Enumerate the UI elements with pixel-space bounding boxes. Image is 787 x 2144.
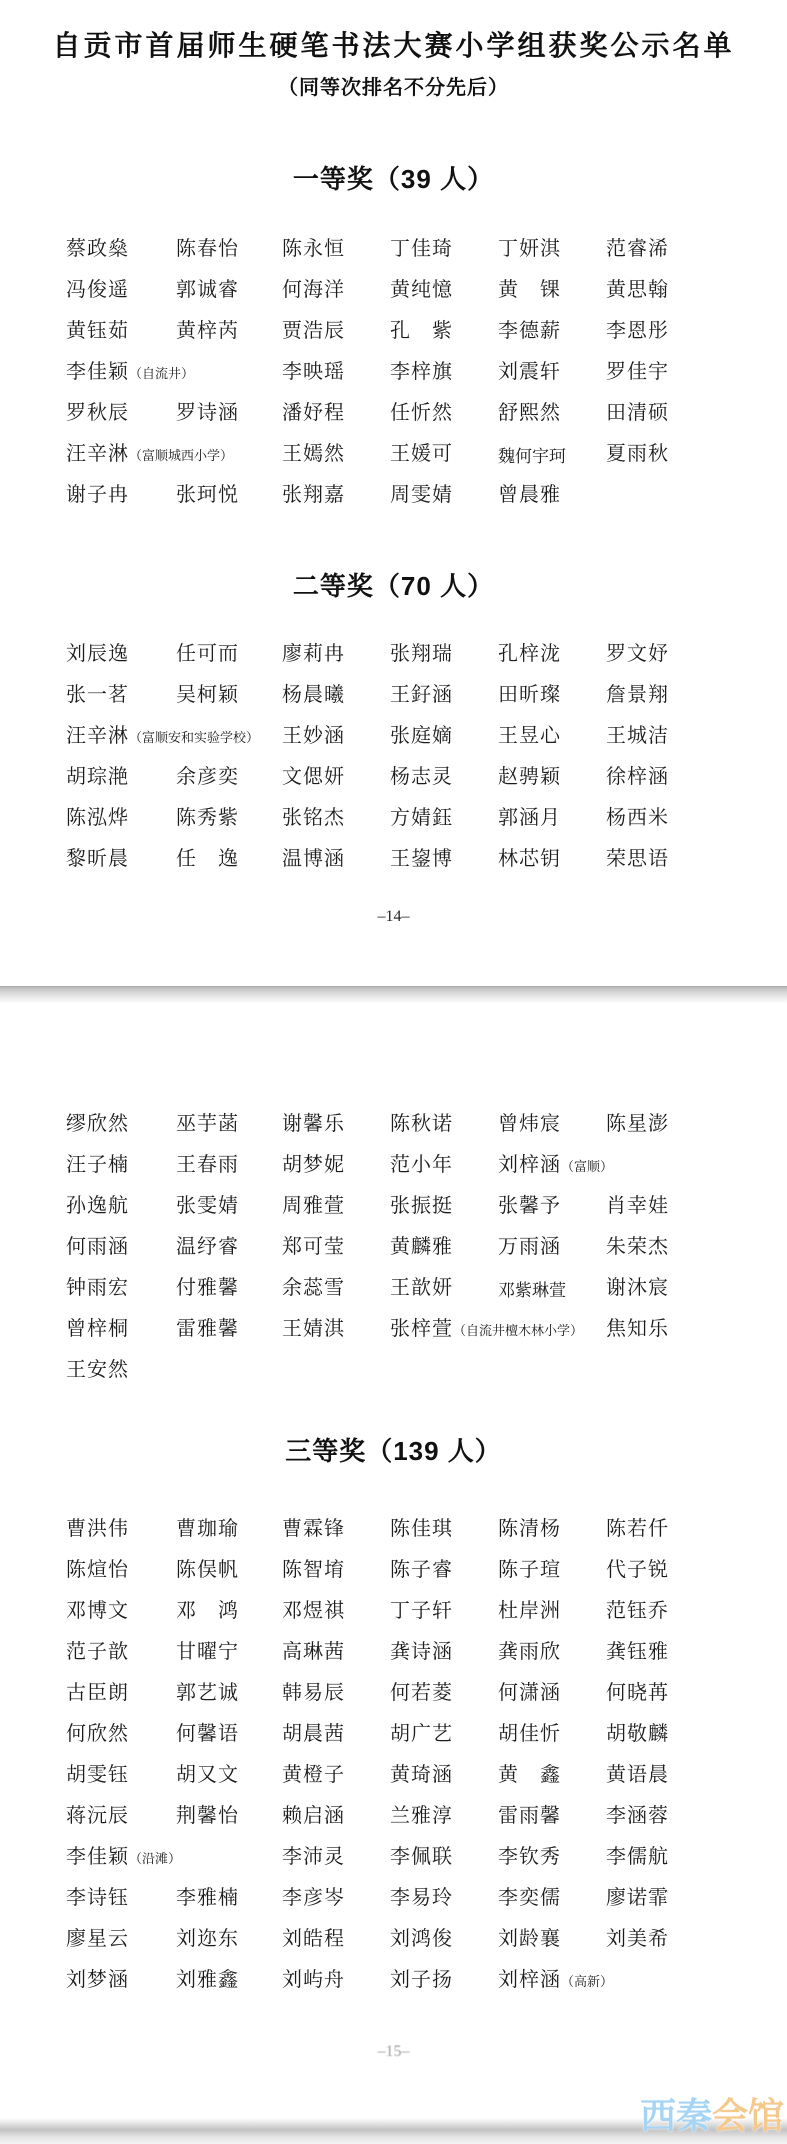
awardee-name: 夏雨秋 [606,441,669,467]
awardee-name: 黄钰茹 [66,318,129,344]
section-heading-third-prize: 三等奖（139 人） [0,1434,787,1468]
section-heading-second-prize: 二等奖（70 人） [0,569,787,603]
awardee-name: 王婧淇 [282,1316,345,1342]
awardee-name: 刘迩东 [176,1926,239,1952]
awardee-name: 陈清杨 [498,1516,561,1542]
awardee-name: 付雅馨 [176,1275,239,1301]
awardee-name: 李钦秀 [498,1844,561,1870]
page-1: 自贡市首届师生硬笔书法大赛小学组获奖公示名单 （同等次排名不分先后） 一等奖（3… [0,0,787,986]
awardee-name: 黄 锞 [498,277,561,303]
awardee-name: 李佳颖（沿滩） [66,1844,181,1872]
school-annotation: （富顺安和实验学校） [129,730,259,745]
awardee-name: 王安然 [66,1357,129,1383]
awardee-name: 何馨语 [176,1721,239,1747]
awardee-name: 郭诚睿 [176,277,239,303]
awardee-name: 黄语晨 [606,1762,669,1788]
awardee-name: 曹洪伟 [66,1516,129,1542]
awardee-name: 李诗钰 [66,1885,129,1911]
awardee-name: 李易玲 [390,1885,453,1911]
name-row: 胡琮滟余彦奕文偲妍杨志灵赵骋颖徐梓涵 [0,760,787,801]
awardee-name: 胡佳忻 [498,1721,561,1747]
awardee-name: 汪子楠 [66,1152,129,1178]
awardee-name: 陈秀紫 [176,805,239,831]
awardee-name: 陈俣帆 [176,1557,239,1583]
awardee-name: 谢馨乐 [282,1111,345,1137]
awardee-name: 肖幸娃 [606,1193,669,1219]
awardee-name: 范小年 [390,1152,453,1178]
awardee-name: 陈佳琪 [390,1516,453,1542]
awardee-name: 刘龄襄 [498,1926,561,1952]
awardee-name: 周雅萱 [282,1193,345,1219]
awardee-name: 张雯婧 [176,1193,239,1219]
school-annotation: （沿滩） [129,1851,181,1866]
second-prize-name-list-part1: 刘辰逸任可而廖莉冉张翔瑞孔梓泷罗文妤张一茗吴柯颖杨晨曦王釨涵田昕璨詹景翔汪辛淋（… [0,637,787,883]
awardee-name: 张庭嫡 [390,723,453,749]
awardee-name: 范子歆 [66,1639,129,1665]
awardee-name: 吴柯颖 [176,682,239,708]
awardee-name: 汪辛淋（富顺安和实验学校） [66,723,259,751]
page-number-15: –15– [0,2042,787,2062]
awardee-name: 李映瑶 [282,359,345,385]
name-row: 汪辛淋（富顺安和实验学校）王妙涵张庭嫡王昱心王城洁 [0,719,787,760]
awardee-name: 罗佳宇 [606,359,669,385]
awardee-name: 黄梓芮 [176,318,239,344]
awardee-name: 张铭杰 [282,805,345,831]
name-row: 缪欣然巫芋菡谢馨乐陈秋诺曾炜宸陈星澎 [0,1107,787,1148]
awardee-name: 刘震轩 [498,359,561,385]
awardee-name: 赵骋颖 [498,764,561,790]
awardee-name: 陈若仟 [606,1516,669,1542]
awardee-name: 廖诺霏 [606,1885,669,1911]
awardee-name: 代子锐 [606,1557,669,1583]
awardee-name: 刘鸿俊 [390,1926,453,1952]
awardee-name: 贾浩辰 [282,318,345,344]
awardee-name: 陈秋诺 [390,1111,453,1137]
name-row: 何欣然何馨语胡晨茜胡广艺胡佳忻胡敬麟 [0,1717,787,1758]
awardee-name: 刘辰逸 [66,641,129,667]
awardee-name: 胡琮滟 [66,764,129,790]
name-row: 陈煊怡陈俣帆陈智堉陈子睿陈子瑄代子锐 [0,1553,787,1594]
awardee-name: 邓紫琳萱 [498,1278,566,1304]
awardee-name: 巫芋菡 [176,1111,239,1137]
school-annotation: （高新） [561,1974,613,1989]
name-row: 廖星云刘迩东刘皓程刘鸿俊刘龄襄刘美希 [0,1922,787,1963]
awardee-name: 郭艺诚 [176,1680,239,1706]
page-number-14: –14– [0,907,787,927]
awardee-name: 余彦奕 [176,764,239,790]
name-row: 黄钰茹黄梓芮贾浩辰孔 紫李德薪李恩彤 [0,314,787,355]
awardee-name: 胡广艺 [390,1721,453,1747]
awardee-name: 王釨涵 [390,682,453,708]
name-row: 王安然 [0,1353,787,1394]
awardee-name: 李恩彤 [606,318,669,344]
awardee-name: 周雯婧 [390,482,453,508]
awardee-name: 陈子睿 [390,1557,453,1583]
awardee-name: 荣思语 [606,846,669,872]
awardee-name: 刘美希 [606,1926,669,1952]
awardee-name: 陈智堉 [282,1557,345,1583]
awardee-name: 李梓旗 [390,359,453,385]
awardee-name: 廖星云 [66,1926,129,1952]
name-row: 刘梦涵刘雅鑫刘屿舟刘子扬刘梓涵（高新） [0,1963,787,2004]
awardee-name: 罗秋辰 [66,400,129,426]
awardee-name: 张梓萱（自流井檀木林小学） [390,1316,583,1344]
awardee-name: 王歆妍 [390,1275,453,1301]
awardee-name: 李佳颖（自流井） [66,359,194,387]
awardee-name: 何欣然 [66,1721,129,1747]
awardee-name: 王昱心 [498,723,561,749]
first-prize-name-list: 蔡政燊陈春怡陈永恒丁佳琦丁妍淇范睿浠冯俊遥郭诚睿何海洋黄纯憶黄 锞黄思翰黄钰茹黄… [0,232,787,519]
awardee-name: 缪欣然 [66,1111,129,1137]
awardee-name: 刘梦涵 [66,1967,129,1993]
awardee-name: 王妙涵 [282,723,345,749]
awardee-name: 舒熙然 [498,400,561,426]
awardee-name: 雷雨馨 [498,1803,561,1829]
name-row: 蔡政燊陈春怡陈永恒丁佳琦丁妍淇范睿浠 [0,232,787,273]
awardee-name: 曾炜宸 [498,1111,561,1137]
name-row: 孙逸航张雯婧周雅萱张振挺张馨予肖幸娃 [0,1189,787,1230]
awardee-name: 何晓苒 [606,1680,669,1706]
awardee-name: 龚诗涵 [390,1639,453,1665]
awardee-name: 何雨涵 [66,1234,129,1260]
awardee-name: 温纾睿 [176,1234,239,1260]
name-row: 陈泓烨陈秀紫张铭杰方婧鈺郭涵月杨西米 [0,801,787,842]
watermark: 西秦会馆 [640,2096,784,2136]
awardee-name: 钟雨宏 [66,1275,129,1301]
school-annotation: （自流井） [129,366,194,381]
awardee-name: 范钰乔 [606,1598,669,1624]
awardee-name: 王嫣然 [282,441,345,467]
awardee-name: 方婧鈺 [390,805,453,831]
third-prize-name-list: 曹洪伟曹珈瑜曹霖锋陈佳琪陈清杨陈若仟陈煊怡陈俣帆陈智堉陈子睿陈子瑄代子锐邓博文邓… [0,1512,787,2004]
awardee-name: 何潇涵 [498,1680,561,1706]
awardee-name: 文偲妍 [282,764,345,790]
awardee-name: 王鋆博 [390,846,453,872]
awardee-name: 魏何宇珂 [498,444,566,470]
name-row: 钟雨宏付雅馨余蕊雪王歆妍邓紫琳萱谢沐宸 [0,1271,787,1312]
awardee-name: 孔 紫 [390,318,453,344]
awardee-name: 张翔嘉 [282,482,345,508]
awardee-name: 刘屿舟 [282,1967,345,1993]
doc-subtitle: （同等次排名不分先后） [0,76,787,100]
awardee-name: 田清硕 [606,400,669,426]
awardee-name: 黄麟雅 [390,1234,453,1260]
name-row: 曾梓桐雷雅馨王婧淇张梓萱（自流井檀木林小学）焦知乐 [0,1312,787,1353]
awardee-name: 陈子瑄 [498,1557,561,1583]
awardee-name: 曹珈瑜 [176,1516,239,1542]
awardee-name: 冯俊遥 [66,277,129,303]
awardee-name: 罗文妤 [606,641,669,667]
awardee-name: 杨志灵 [390,764,453,790]
awardee-name: 罗诗涵 [176,400,239,426]
page-break-divider [0,986,787,1003]
name-row: 汪子楠王春雨胡梦妮范小年刘梓涵（富顺） [0,1148,787,1189]
name-row: 蒋沅辰荆馨怡赖启涵兰雅淳雷雨馨李涵蓉 [0,1799,787,1840]
awardee-name: 胡敬麟 [606,1721,669,1747]
name-row: 李佳颖（自流井）李映瑶李梓旗刘震轩罗佳宇 [0,355,787,396]
awardee-name: 詹景翔 [606,682,669,708]
awardee-name: 任 逸 [176,846,239,872]
awardee-name: 陈春怡 [176,236,239,262]
awardee-name: 黄琦涵 [390,1762,453,1788]
awardee-name: 胡雯钰 [66,1762,129,1788]
awardee-name: 杜岸洲 [498,1598,561,1624]
awardee-name: 刘子扬 [390,1967,453,1993]
awardee-name: 雷雅馨 [176,1316,239,1342]
awardee-name: 刘梓涵（高新） [498,1967,613,1995]
awardee-name: 陈煊怡 [66,1557,129,1583]
awardee-name: 李沛灵 [282,1844,345,1870]
awardee-name: 赖启涵 [282,1803,345,1829]
awardee-name: 古臣朗 [66,1680,129,1706]
name-row: 何雨涵温纾睿郑可莹黄麟雅万雨涵朱荣杰 [0,1230,787,1271]
name-row: 刘辰逸任可而廖莉冉张翔瑞孔梓泷罗文妤 [0,637,787,678]
awardee-name: 李佩联 [390,1844,453,1870]
section-heading-first-prize: 一等奖（39 人） [0,162,787,196]
awardee-name: 曹霖锋 [282,1516,345,1542]
name-row: 范子歆甘曜宁高琳茜龚诗涵龚雨欣龚钰雅 [0,1635,787,1676]
awardee-name: 张振挺 [390,1193,453,1219]
name-row: 胡雯钰胡又文黄橙子黄琦涵黄 鑫黄语晨 [0,1758,787,1799]
school-annotation: （富顺） [561,1159,613,1174]
awardee-name: 徐梓涵 [606,764,669,790]
awardee-name: 林芯钥 [498,846,561,872]
awardee-name: 曾晨雅 [498,482,561,508]
awardee-name: 李德薪 [498,318,561,344]
school-annotation: （富顺城西小学） [129,448,233,463]
awardee-name: 王春雨 [176,1152,239,1178]
second-prize-name-list-part2: 缪欣然巫芋菡谢馨乐陈秋诺曾炜宸陈星澎汪子楠王春雨胡梦妮范小年刘梓涵（富顺）孙逸航… [0,1107,787,1394]
name-row: 黎昕晨任 逸温博涵王鋆博林芯钥荣思语 [0,842,787,883]
awardee-name: 谢沐宸 [606,1275,669,1301]
awardee-name: 丁佳琦 [390,236,453,262]
awardee-name: 何海洋 [282,277,345,303]
awardee-name: 余蕊雪 [282,1275,345,1301]
awardee-name: 王城洁 [606,723,669,749]
awardee-name: 杨西米 [606,805,669,831]
awardee-name: 孔梓泷 [498,641,561,667]
school-annotation: （自流井檀木林小学） [453,1323,583,1338]
name-row: 李佳颖（沿滩）李沛灵李佩联李钦秀李儒航 [0,1840,787,1881]
name-row: 冯俊遥郭诚睿何海洋黄纯憶黄 锞黄思翰 [0,273,787,314]
awardee-name: 兰雅淳 [390,1803,453,1829]
awardee-name: 丁妍淇 [498,236,561,262]
awardee-name: 张一茗 [66,682,129,708]
awardee-name: 高琳茜 [282,1639,345,1665]
awardee-name: 陈永恒 [282,236,345,262]
awardee-name: 刘皓程 [282,1926,345,1952]
awardee-name: 胡晨茜 [282,1721,345,1747]
awardee-name: 温博涵 [282,846,345,872]
awardee-name: 黄纯憶 [390,277,453,303]
name-row: 汪辛淋（富顺城西小学）王嫣然王媛可魏何宇珂夏雨秋 [0,437,787,478]
awardee-name: 陈星澎 [606,1111,669,1137]
page-2: 缪欣然巫芋菡谢馨乐陈秋诺曾炜宸陈星澎汪子楠王春雨胡梦妮范小年刘梓涵（富顺）孙逸航… [0,1003,787,2118]
awardee-name: 廖莉冉 [282,641,345,667]
awardee-name: 胡梦妮 [282,1152,345,1178]
awardee-name: 朱荣杰 [606,1234,669,1260]
awardee-name: 邓煜祺 [282,1598,345,1624]
awardee-name: 蔡政燊 [66,236,129,262]
awardee-name: 范睿浠 [606,236,669,262]
awardee-name: 郑可莹 [282,1234,345,1260]
awardee-name: 龚雨欣 [498,1639,561,1665]
awardee-name: 李雅楠 [176,1885,239,1911]
awardee-name: 龚钰雅 [606,1639,669,1665]
name-row: 邓博文邓 鸿邓煜祺丁子轩杜岸洲范钰乔 [0,1594,787,1635]
awardee-name: 刘雅鑫 [176,1967,239,1993]
awardee-name: 张馨予 [498,1193,561,1219]
name-row: 曹洪伟曹珈瑜曹霖锋陈佳琪陈清杨陈若仟 [0,1512,787,1553]
awardee-name: 王媛可 [390,441,453,467]
awardee-name: 胡又文 [176,1762,239,1788]
awardee-name: 韩易辰 [282,1680,345,1706]
awardee-name: 何若菱 [390,1680,453,1706]
awardee-name: 黄思翰 [606,277,669,303]
awardee-name: 孙逸航 [66,1193,129,1219]
document: 自贡市首届师生硬笔书法大赛小学组获奖公示名单 （同等次排名不分先后） 一等奖（3… [0,0,787,2144]
watermark-left-part: 西秦 [640,2095,712,2136]
awardee-name: 张珂悦 [176,482,239,508]
awardee-name: 李儒航 [606,1844,669,1870]
watermark-right-part: 会馆 [712,2095,784,2136]
name-row: 罗秋辰罗诗涵潘妤程任忻然舒熙然田清硕 [0,396,787,437]
awardee-name: 丁子轩 [390,1598,453,1624]
awardee-name: 刘梓涵（富顺） [498,1152,613,1180]
name-row: 李诗钰李雅楠李彦岑李易玲李奕儒廖诺霏 [0,1881,787,1922]
awardee-name: 甘曜宁 [176,1639,239,1665]
name-row: 谢子冉张珂悦张翔嘉周雯婧曾晨雅 [0,478,787,519]
awardee-name: 任可而 [176,641,239,667]
awardee-name: 黄橙子 [282,1762,345,1788]
awardee-name: 张翔瑞 [390,641,453,667]
awardee-name: 汪辛淋（富顺城西小学） [66,441,233,469]
awardee-name: 焦知乐 [606,1316,669,1342]
awardee-name: 任忻然 [390,400,453,426]
awardee-name: 蒋沅辰 [66,1803,129,1829]
awardee-name: 李奕儒 [498,1885,561,1911]
awardee-name: 潘妤程 [282,400,345,426]
awardee-name: 谢子冉 [66,482,129,508]
name-row: 张一茗吴柯颖杨晨曦王釨涵田昕璨詹景翔 [0,678,787,719]
name-row: 古臣朗郭艺诚韩易辰何若菱何潇涵何晓苒 [0,1676,787,1717]
awardee-name: 郭涵月 [498,805,561,831]
doc-title: 自贡市首届师生硬笔书法大赛小学组获奖公示名单 [0,28,787,64]
awardee-name: 李彦岑 [282,1885,345,1911]
awardee-name: 邓 鸿 [176,1598,239,1624]
awardee-name: 邓博文 [66,1598,129,1624]
awardee-name: 荆馨怡 [176,1803,239,1829]
awardee-name: 陈泓烨 [66,805,129,831]
awardee-name: 杨晨曦 [282,682,345,708]
awardee-name: 曾梓桐 [66,1316,129,1342]
awardee-name: 田昕璨 [498,682,561,708]
awardee-name: 黎昕晨 [66,846,129,872]
awardee-name: 黄 鑫 [498,1762,561,1788]
awardee-name: 万雨涵 [498,1234,561,1260]
awardee-name: 李涵蓉 [606,1803,669,1829]
